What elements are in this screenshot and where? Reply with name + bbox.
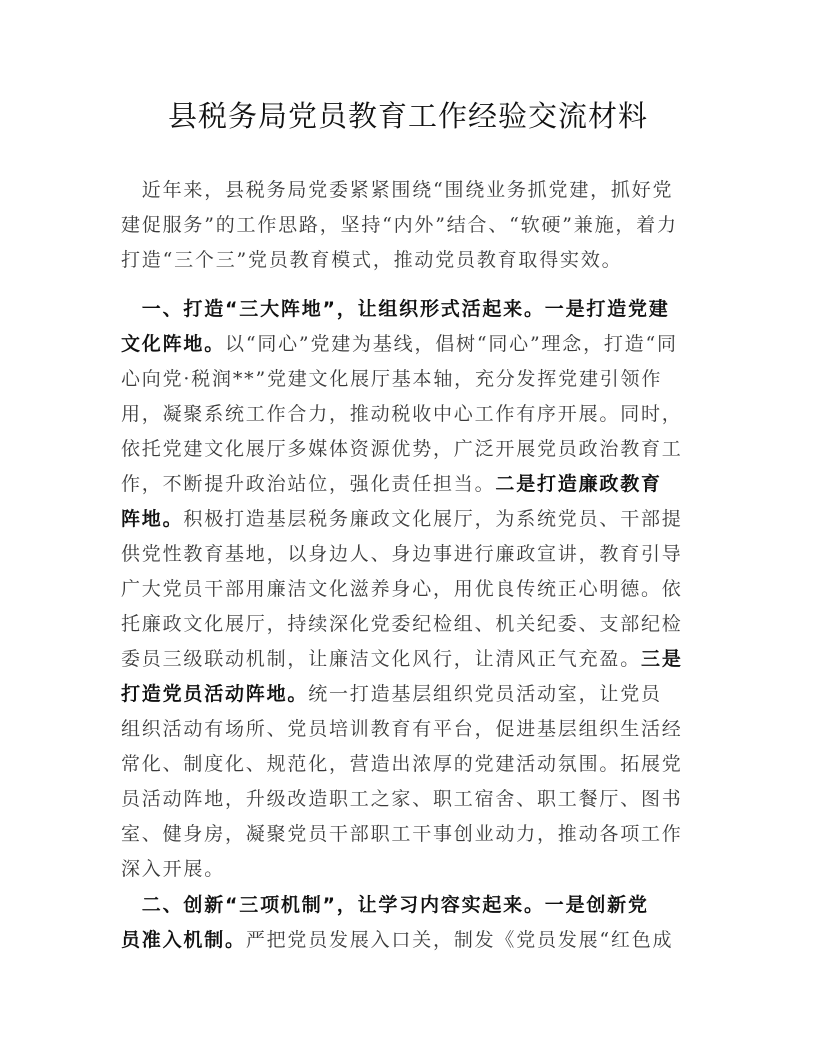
- body-text: 建促服务”的工作思路，坚持“内外”结合、“软硬”兼施，着力: [121, 214, 678, 236]
- body-text: 严把党员发展入口关，制发《党员发展“红色成: [246, 929, 674, 951]
- text-line: 心向党·税润**”党建文化展厅基本轴，充分发挥党建引领作: [121, 362, 697, 397]
- document-title: 县税务局党员教育工作经验交流材料: [0, 96, 816, 136]
- paragraph-section-two: 二、创新“三项机制”，让学习内容实起来。一是创新党员准入机制。严把党员发展入口关…: [121, 888, 697, 958]
- body-text: 打造“三个三”党员教育模式，推动党员教育取得实效。: [121, 249, 622, 271]
- text-line: 托廉政文化展厅，持续深化党委纪检组、机关纪委、支部纪检: [121, 607, 697, 642]
- text-line: 深入开展。: [121, 852, 697, 887]
- text-line: 依托党建文化展厅多媒体资源优势，广泛开展党员政治教育工: [121, 432, 697, 467]
- bold-heading-text: 阵地。: [121, 508, 183, 530]
- text-line: 一、打造“三大阵地”，让组织形式活起来。一是打造党建: [121, 292, 697, 327]
- body-text: 深入开展。: [121, 858, 225, 880]
- bold-heading-text: 二、创新“三项机制”，让学习内容实起来。一是创新党: [121, 894, 649, 916]
- text-line: 打造党员活动阵地。统一打造基层组织党员活动室，让党员: [121, 677, 697, 712]
- body-text: 积极打造基层税务廉政文化展厅，为系统党员、干部提: [183, 508, 682, 530]
- body-text: 室、健身房，凝聚党员干部职工干事创业动力，推动各项工作: [121, 823, 683, 845]
- body-text: 近年来，县税务局党委紧紧围绕“围绕业务抓党建，抓好党: [121, 179, 673, 201]
- text-line: 常化、制度化、规范化，营造出浓厚的党建活动氛围。拓展党: [121, 747, 697, 782]
- text-line: 打造“三个三”党员教育模式，推动党员教育取得实效。: [121, 243, 697, 278]
- paragraph-intro: 近年来，县税务局党委紧紧围绕“围绕业务抓党建，抓好党建促服务”的工作思路，坚持“…: [121, 173, 697, 278]
- bold-heading-text: 打造党员活动阵地。: [121, 683, 308, 705]
- body-text: 供党性教育基地，以身边人、身边事进行廉政宣讲，教育引导: [121, 543, 683, 565]
- bold-heading-text: 二是打造廉政教育: [495, 473, 661, 495]
- bold-heading-text: 三是: [641, 648, 683, 670]
- body-text: 统一打造基层组织党员活动室，让党员: [308, 683, 662, 705]
- body-text: 心向党·税润**”党建文化展厅基本轴，充分发挥党建引领作: [121, 368, 662, 390]
- text-line: 员活动阵地，升级改造职工之家、职工宿舍、职工餐厅、图书: [121, 782, 697, 817]
- text-line: 近年来，县税务局党委紧紧围绕“围绕业务抓党建，抓好党: [121, 173, 697, 208]
- text-line: 文化阵地。以“同心”党建为基线，倡树“同心”理念，打造“同: [121, 327, 697, 362]
- text-line: 建促服务”的工作思路，坚持“内外”结合、“软硬”兼施，着力: [121, 208, 697, 243]
- text-line: 作，不断提升政治站位，强化责任担当。二是打造廉政教育: [121, 467, 697, 502]
- text-line: 用，凝聚系统工作合力，推动税收中心工作有序开展。同时，: [121, 397, 697, 432]
- body-text: 组织活动有场所、党员培训教育有平台，促进基层组织生活经: [121, 718, 683, 740]
- text-line: 阵地。积极打造基层税务廉政文化展厅，为系统党员、干部提: [121, 502, 697, 537]
- text-line: 二、创新“三项机制”，让学习内容实起来。一是创新党: [121, 888, 697, 923]
- text-line: 广大党员干部用廉洁文化滋养身心，用优良传统正心明德。依: [121, 572, 697, 607]
- text-line: 供党性教育基地，以身边人、身边事进行廉政宣讲，教育引导: [121, 537, 697, 572]
- text-line: 室、健身房，凝聚党员干部职工干事创业动力，推动各项工作: [121, 817, 697, 852]
- body-text: 以“同心”党建为基线，倡树“同心”理念，打造“同: [225, 333, 678, 355]
- body-text: 托廉政文化展厅，持续深化党委纪检组、机关纪委、支部纪检: [121, 613, 683, 635]
- text-line: 员准入机制。严把党员发展入口关，制发《党员发展“红色成: [121, 923, 697, 958]
- body-text: 委员三级联动机制，让廉洁文化风行，让清风正气充盈。: [121, 648, 641, 670]
- paragraph-section-one: 一、打造“三大阵地”，让组织形式活起来。一是打造党建文化阵地。以“同心”党建为基…: [121, 292, 697, 887]
- document-page: 县税务局党员教育工作经验交流材料 近年来，县税务局党委紧紧围绕“围绕业务抓党建，…: [0, 0, 816, 1056]
- body-text: 作，不断提升政治站位，强化责任担当。: [121, 473, 495, 495]
- bold-heading-text: 员准入机制。: [121, 929, 246, 951]
- text-line: 组织活动有场所、党员培训教育有平台，促进基层组织生活经: [121, 712, 697, 747]
- body-text: 员活动阵地，升级改造职工之家、职工宿舍、职工餐厅、图书: [121, 788, 683, 810]
- bold-heading-text: 一、打造“三大阵地”，让组织形式活起来。一是打造党建: [121, 298, 670, 320]
- body-text: 常化、制度化、规范化，营造出浓厚的党建活动氛围。拓展党: [121, 753, 683, 775]
- body-text: 依托党建文化展厅多媒体资源优势，广泛开展党员政治教育工: [121, 438, 683, 460]
- bold-heading-text: 文化阵地。: [121, 333, 225, 355]
- body-text: 广大党员干部用廉洁文化滋养身心，用优良传统正心明德。依: [121, 578, 683, 600]
- body-text: 用，凝聚系统工作合力，推动税收中心工作有序开展。同时，: [121, 403, 683, 425]
- text-line: 委员三级联动机制，让廉洁文化风行，让清风正气充盈。三是: [121, 642, 697, 677]
